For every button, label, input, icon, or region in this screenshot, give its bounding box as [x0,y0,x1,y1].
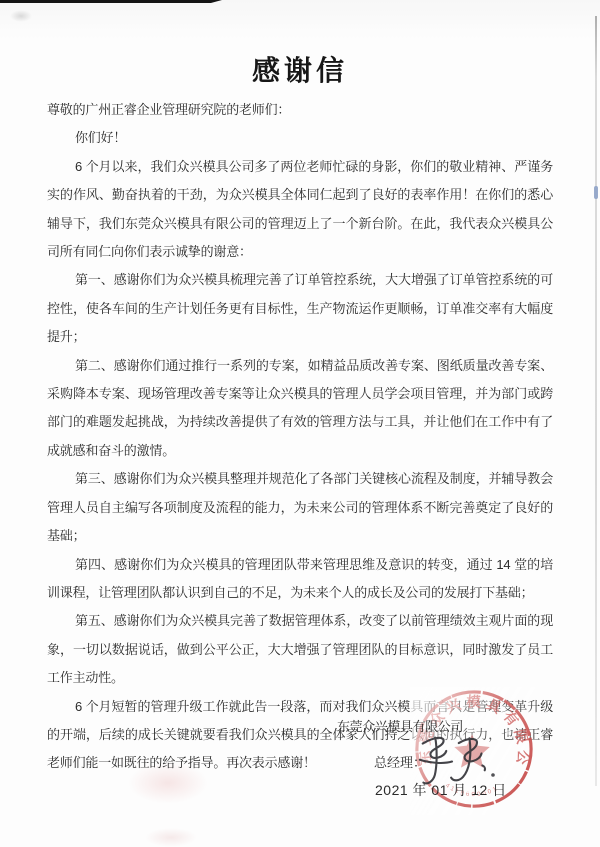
paragraph-point-2: 第二、感谢你们通过推行一系列的专案，如精益品质改善专案、图纸质量改善专案、采购降… [47,352,553,466]
paragraph-point-1: 第一、感谢你们为众兴模具梳理完善了订单管控系统，大大增强了订单管控系统的可控性，… [47,266,553,351]
greeting: 你们好！ [47,124,553,152]
scan-artifact-blue-mark [594,186,598,199]
paragraph-point-4: 第四、感谢你们为众兴模具的管理团队带来管理思维及意识的转变，通过 14 堂的培训… [47,551,553,608]
paragraph-intro: 6 个月以来，我们众兴模具公司多了两位老师忙碌的身影，你们的敬业精神、严谨务实的… [47,153,553,267]
handwritten-signature [410,727,510,795]
paragraph-point-5: 第五、感谢你们为众兴模具完善了数据管理体系，改变了以前管理绩效主观片面的现象，一… [47,607,553,692]
letter-body: 尊敬的广州正睿企业管理研究院的老师们： 你们好！ 6 个月以来，我们众兴模具公司… [47,96,553,778]
scan-artifact-top-edge [0,0,222,3]
salutation: 尊敬的广州正睿企业管理研究院的老师们： [47,96,553,124]
letter-title: 感谢信 [0,49,600,89]
scanned-letter-page: 感谢信 尊敬的广州正睿企业管理研究院的老师们： 你们好！ 6 个月以来，我们众兴… [0,0,600,847]
paragraph-point-3: 第三、感谢你们为众兴模具整理并规范化了各部门关键核心流程及制度，并辅导教会管理人… [47,465,553,550]
scan-smudge [145,828,197,847]
scan-artifact-right-edge [595,16,597,786]
scan-smudge [10,10,32,22]
